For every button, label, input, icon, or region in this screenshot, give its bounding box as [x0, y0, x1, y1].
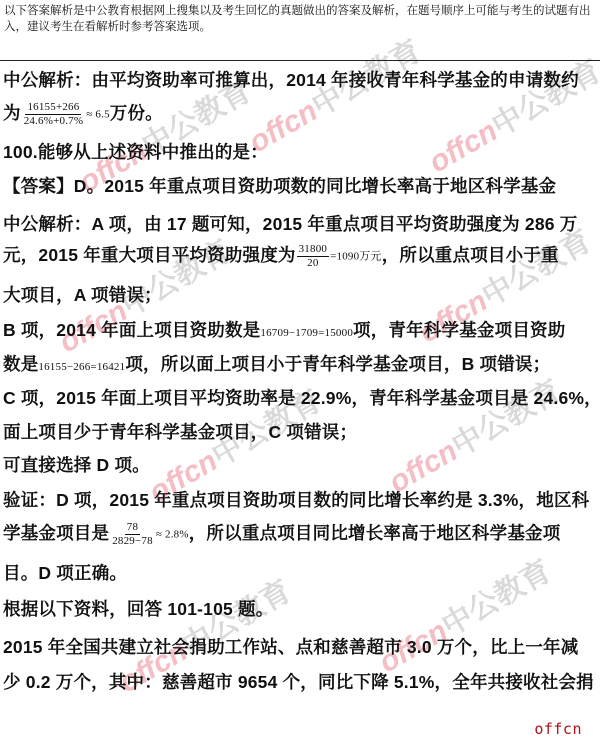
analysis-line: 中公解析：A 项，由 17 题可知，2015 年重点项目平均资助强度为 286 …	[3, 212, 577, 236]
fraction: 782829−78	[110, 521, 155, 548]
verify-line: 学基金项目是782829−78≈ 2.8%，所以重点项目同比增长率高于地区科学基…	[3, 521, 560, 548]
material-intro: 根据以下资料，回答 101-105 题。	[3, 597, 273, 621]
analysis-line: C 项，2015 年面上项目平均资助率是 22.9%，青年科学基金项目是 24.…	[3, 386, 600, 410]
analysis-line: B 项，2014 年面上项目资助数是16709−1709=15000项，青年科学…	[3, 318, 565, 345]
text: ，所以重点项目同比增长率高于地区科学基金项	[189, 523, 561, 543]
offcn-logo: offcn	[534, 720, 582, 738]
analysis-line: 面上项目少于青年科学基金项目，C 项错误；	[3, 420, 357, 444]
material-paragraph: 2015 年全国共建立社会捐助工作站、点和慈善超市 3.0 万个，比上一年减	[3, 635, 578, 659]
divider	[0, 60, 600, 61]
text: 万份。	[110, 103, 163, 123]
approx-value: ≈ 6.5	[86, 109, 110, 121]
text: 项，所以面上项目小于青年科学基金项目，B 项错误；	[125, 354, 550, 374]
text: 为	[3, 103, 21, 123]
disclaimer-notice: 以下答案解析是中公教育根据网上搜集以及考生回忆的真题做出的答案及解析，在题号顺序…	[4, 2, 596, 34]
text: 项，青年科学基金项目资助	[353, 320, 565, 340]
numerator: 78	[125, 521, 140, 535]
denominator: 24.6%+0.7%	[22, 115, 86, 128]
verify-line: 目。D 项正确。	[3, 561, 127, 585]
analysis-line: 元，2015 年重大项目平均资助强度为3180020=1090万元，所以重点项目…	[3, 243, 559, 270]
watermark: offcn中公教育	[369, 547, 558, 681]
text: 学基金项目是	[3, 523, 109, 543]
text: ，所以重点项目小于重	[382, 245, 559, 265]
analysis-line: 为16155+26624.6%+0.7%≈ 6.5万份。	[3, 101, 163, 128]
analysis-line: 大项目，A 项错误；	[3, 283, 162, 307]
denominator: 20	[305, 257, 320, 270]
answer-line: 【答案】D。2015 年重点项目资助项数的同比增长率高于地区科学基金	[3, 174, 556, 198]
fraction: 3180020	[297, 243, 330, 270]
numerator: 31800	[297, 243, 330, 257]
numerator: 16155+266	[25, 101, 81, 115]
calc-value: 16155−266=16421	[38, 361, 125, 373]
fraction: 16155+26624.6%+0.7%	[22, 101, 86, 128]
text: 数是	[3, 354, 38, 374]
approx-value: ≈ 2.8%	[156, 529, 189, 541]
analysis-line: 可直接选择 D 项。	[3, 453, 150, 477]
calc-value: 16709−1709=15000	[260, 327, 353, 339]
material-paragraph: 少 0.2 万个，其中：慈善超市 9654 个，同比下降 5.1%，全年共接收社…	[3, 670, 594, 694]
analysis-line: 中公解析：由平均资助率可推算出，2014 年接收青年科学基金的申请数约	[3, 68, 579, 92]
verify-line: 验证：D 项，2015 年重点项目资助项目数的同比增长率约是 3.3%，地区科	[3, 488, 589, 512]
denominator: 2829−78	[110, 535, 155, 548]
text: 元，2015 年重大项目平均资助强度为	[3, 245, 296, 265]
calc-value: =1090万元	[330, 251, 382, 263]
text: B 项，2014 年面上项目资助数是	[3, 320, 260, 340]
question-title: 100.能够从上述资料中推出的是：	[3, 140, 268, 164]
watermark: offcn中公教育	[419, 47, 600, 181]
analysis-line: 数是16155−266=16421项，所以面上项目小于青年科学基金项目，B 项错…	[3, 352, 550, 379]
